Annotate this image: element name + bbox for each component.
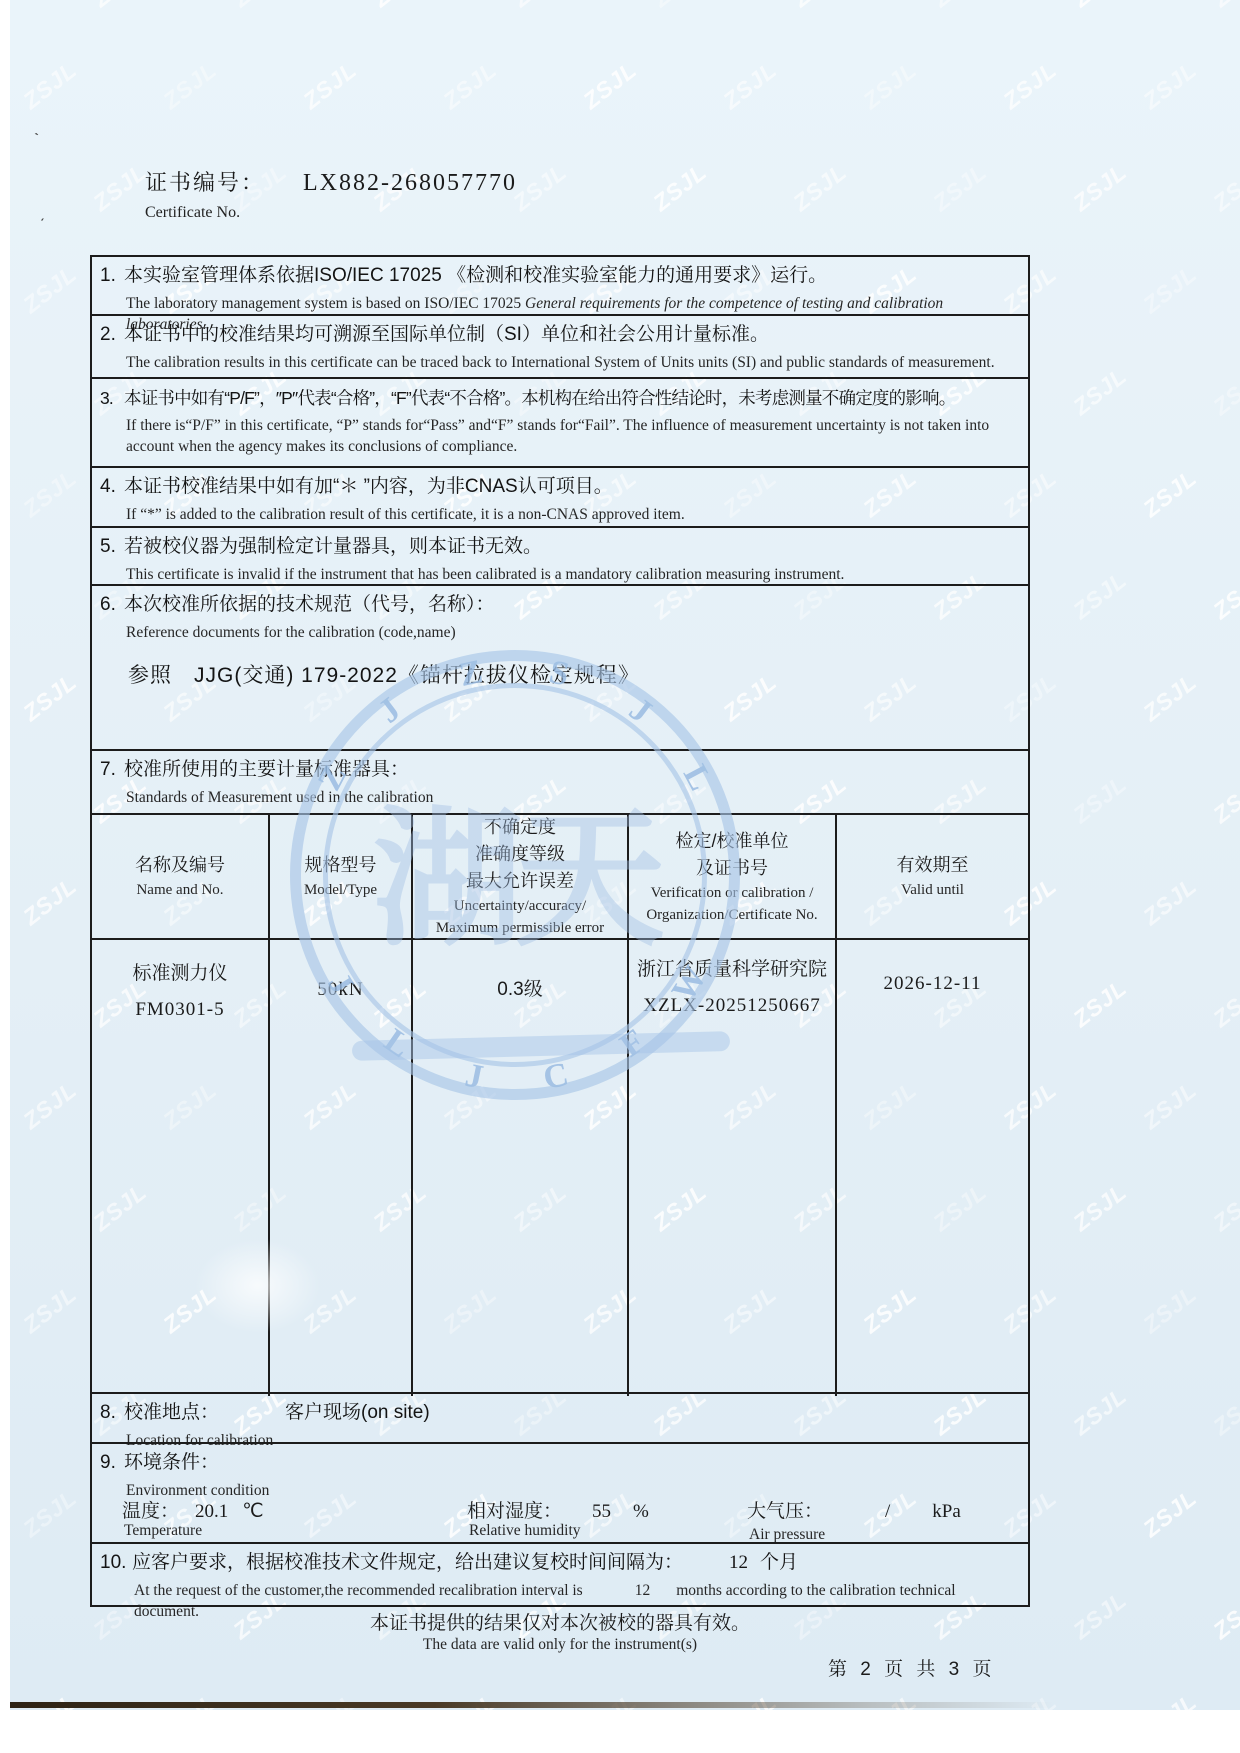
clause-1-box: 1.本实验室管理体系依据ISO/IEC 17025 《检测和校准实验室能力的通用… [90, 255, 1030, 316]
certificate-number-value: LX882-268057770 [303, 170, 517, 196]
temperature-unit: ℃ [242, 1501, 263, 1522]
table-cell-organization: 浙江省质量科学研究院 XZLX-20251250667 [629, 940, 837, 1396]
table-header-name: 名称及编号 Name and No. [92, 815, 270, 940]
clause-2-box: 2.本证书中的校准结果均可溯源至国际单位制（SI）单位和社会公用计量标准。 Th… [90, 314, 1030, 379]
clause-5-number: 5. [100, 534, 124, 560]
table-header-valid-until: 有效期至 Valid until [837, 815, 1028, 940]
section-8-number: 8. [100, 1400, 124, 1426]
clause-5-box: 5.若被校仪器为强制检定计量器具，则本证书无效。 This certificat… [90, 526, 1030, 586]
section-7-number: 7. [100, 757, 124, 783]
clause-4-en: If “*” is added to the calibration resul… [126, 504, 1010, 525]
recalibration-interval-value-en: 12 [635, 1582, 651, 1599]
footer-validity-cn: 本证书提供的结果仅对本次被校的器具有效。 [90, 1608, 1030, 1635]
clause-3-cn: 3.本证书中如有“P/F”，″P″代表“合格”，“F”代表“不合格”。本机构在给… [100, 385, 1028, 411]
scan-speck: ͵ [40, 202, 46, 222]
section-10-number: 10. [100, 1550, 132, 1576]
standards-table: 名称及编号 Name and No. 规格型号 Model/Type 不确定度 … [92, 813, 1028, 1396]
clause-3-number: 3. [100, 385, 124, 411]
humidity-field: 相对湿度：55% [467, 1496, 649, 1523]
pressure-value: / [885, 1501, 890, 1522]
clause-1-cn: 1.本实验室管理体系依据ISO/IEC 17025 《检测和校准实验室能力的通用… [100, 263, 1028, 289]
section-8-value: 客户现场(on site) [285, 1402, 430, 1423]
humidity-en-label: Relative humidity [469, 1522, 581, 1540]
clause-2-cn: 2.本证书中的校准结果均可溯源至国际单位制（SI）单位和社会公用计量标准。 [100, 322, 1028, 348]
temperature-value: 20.1 [195, 1501, 228, 1522]
table-header-model: 规格型号 Model/Type [270, 815, 413, 940]
clause-6-box: 6.本次校准所依据的技术规范（代号，名称）： Reference documen… [90, 584, 1030, 751]
pressure-unit: kPa [932, 1501, 961, 1522]
section-10-box: 10.应客户要求，根据校准技术文件规定，给出建议复校时间间隔为：12个月 At … [90, 1542, 1030, 1607]
certificate-content: ˋ ͵ 证书编号：LX882-268057770 Certificate No.… [0, 0, 1240, 1753]
clause-6-number: 6. [100, 592, 124, 618]
recalibration-interval-value: 12 [729, 1552, 748, 1573]
table-cell-name: 标准测力仪 FM0301-5 [92, 940, 270, 1396]
humidity-unit: % [633, 1501, 649, 1522]
table-cell-model: 50kN [270, 940, 413, 1396]
clause-4-box: 4.本证书校准结果中如有加“＊ ”内容，为非CNAS认可项目。 If “*” i… [90, 466, 1030, 528]
section-9-box: 9.环境条件： Environment condition 温度：20.1℃ 相… [90, 1442, 1030, 1544]
recalibration-interval-unit: 个月 [760, 1552, 798, 1573]
section-7-box: 7.校准所使用的主要计量标准器具： Standards of Measureme… [90, 749, 1030, 1394]
humidity-value: 55 [592, 1501, 611, 1522]
table-header-organization: 检定/校准单位 及证书号 Verification or calibration… [629, 815, 837, 940]
clause-4-cn: 4.本证书校准结果中如有加“＊ ”内容，为非CNAS认可项目。 [100, 474, 1028, 500]
temperature-field: 温度：20.1℃ [122, 1496, 264, 1523]
certificate-number-block: 证书编号：LX882-268057770 Certificate No. [145, 166, 517, 222]
scan-speck: ˋ [33, 130, 45, 151]
clause-6-reference: 参照 JJG(交通) 179-2022《锚杆拉拔仪检定规程》 [128, 659, 1028, 689]
section-10-cn: 10.应客户要求，根据校准技术文件规定，给出建议复校时间间隔为：12个月 [100, 1550, 1028, 1576]
clause-3-box: 3.本证书中如有“P/F”，″P″代表“合格”，“F”代表“不合格”。本机构在给… [90, 377, 1030, 468]
scan-bottom-edge [0, 1702, 1240, 1708]
certificate-number-label-en: Certificate No. [145, 204, 517, 222]
footer-validity-en: The data are valid only for the instrume… [90, 1636, 1030, 1654]
clause-5-en: This certificate is invalid if the instr… [126, 564, 1010, 585]
section-9-number: 9. [100, 1450, 124, 1476]
table-cell-valid-until: 2026-12-11 [837, 940, 1028, 1396]
section-7-cn: 7.校准所使用的主要计量标准器具： [100, 757, 1028, 783]
table-header-uncertainty: 不确定度 准确度等级 最大允许误差 Uncertainty/accuracy/ … [413, 815, 629, 940]
clause-2-en: The calibration results in this certific… [126, 352, 1010, 373]
clause-1-number: 1. [100, 263, 124, 289]
clause-6-cn: 6.本次校准所依据的技术规范（代号，名称）： [100, 592, 1028, 618]
clause-6-en: Reference documents for the calibration … [126, 622, 1010, 643]
clause-2-number: 2. [100, 322, 124, 348]
section-8-box: 8.校准地点：客户现场(on site) Location for calibr… [90, 1392, 1030, 1444]
scan-left-margin [0, 0, 10, 1710]
certificate-number-label-cn: 证书编号： [145, 170, 265, 195]
certificate-page: ZSJLZSJLZSJLZSJLZSJLZSJLZSJLZSJLZSJLZSJL… [0, 0, 1240, 1753]
section-8-cn: 8.校准地点：客户现场(on site) [100, 1400, 1028, 1426]
section-9-cn: 9.环境条件： [100, 1450, 1028, 1476]
section-7-en: Standards of Measurement used in the cal… [126, 787, 1010, 808]
clause-3-en: If there is“P/F” in this certificate, “P… [126, 415, 1010, 457]
clause-5-cn: 5.若被校仪器为强制检定计量器具，则本证书无效。 [100, 534, 1028, 560]
temperature-en-label: Temperature [124, 1522, 202, 1540]
clause-4-number: 4. [100, 474, 124, 500]
page-number: 第 2 页 共 3 页 [828, 1654, 996, 1681]
table-cell-accuracy: 0.3级 [413, 940, 629, 1396]
pressure-field: 大气压：/kPa [747, 1496, 961, 1523]
